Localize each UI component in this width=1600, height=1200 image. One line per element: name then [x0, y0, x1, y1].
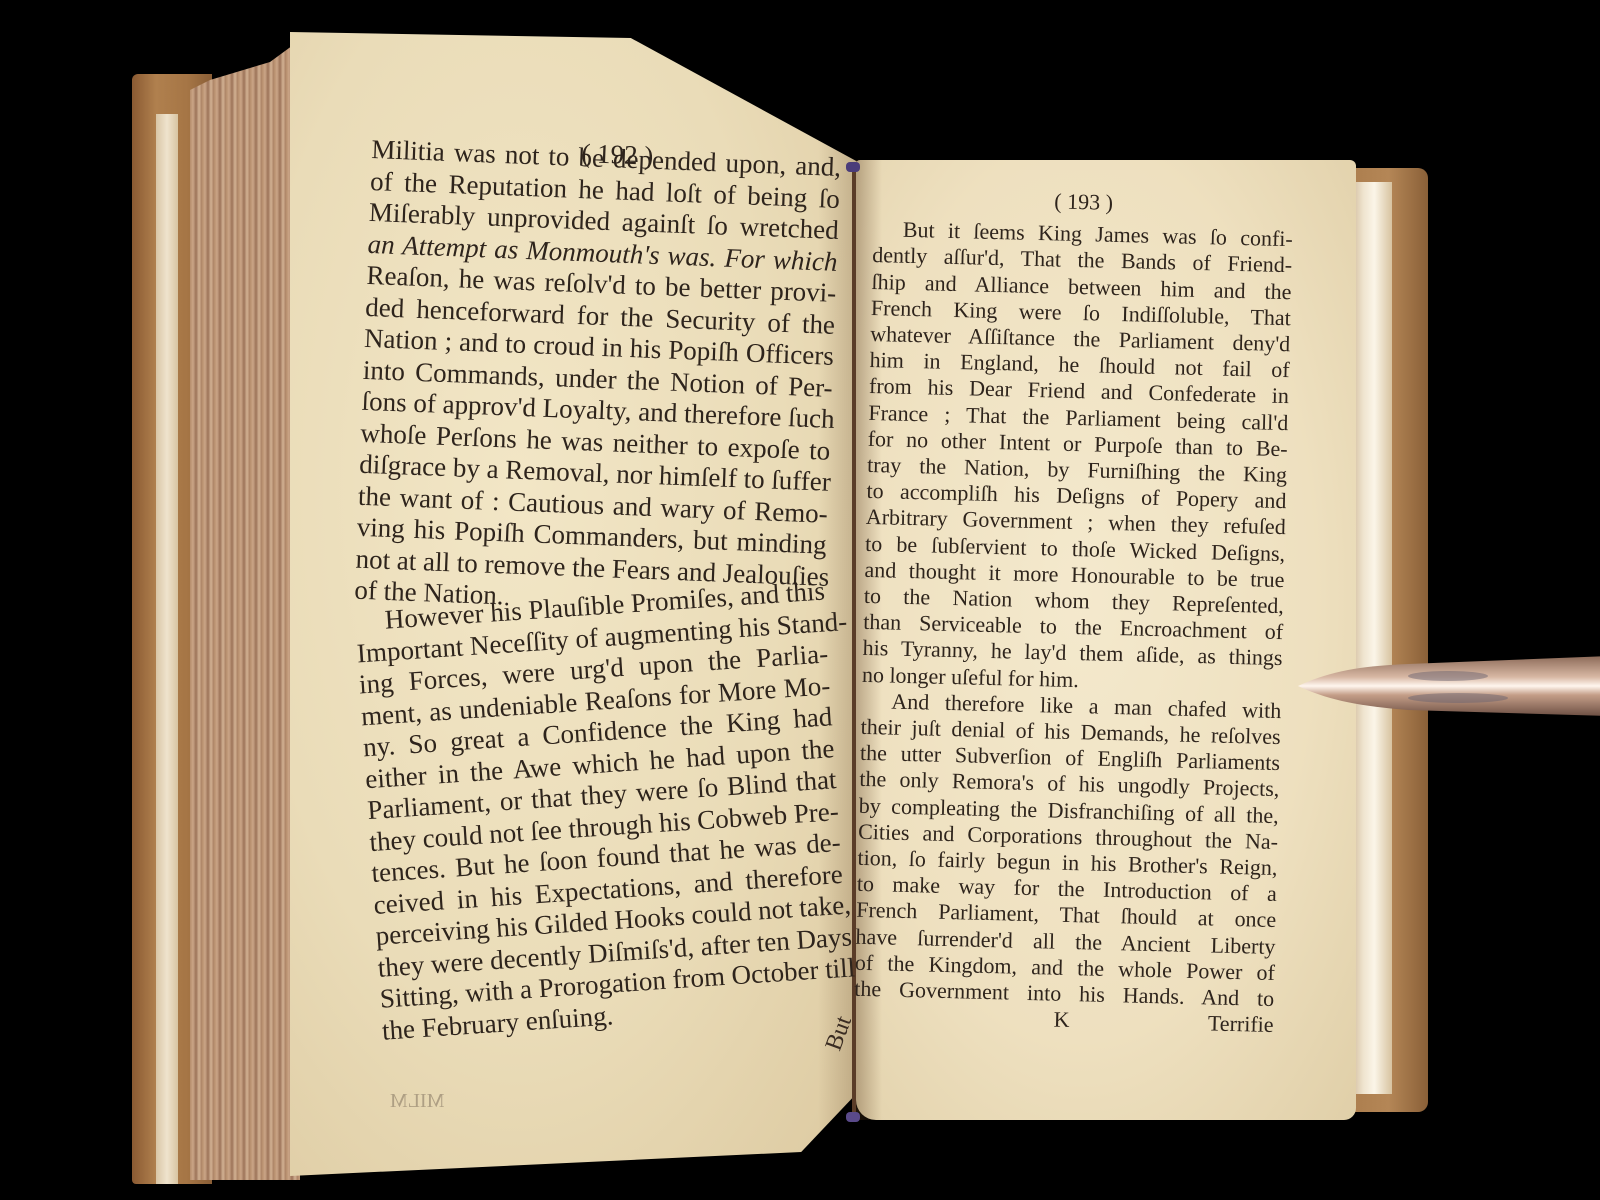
right-page-text: ( 193 ) But it ſeems King James was ſo c…	[853, 184, 1294, 1039]
page-number-left: ( 192 )	[581, 138, 654, 172]
left-page-text: ( 192 ) Militia was not to be depended u…	[337, 134, 842, 1065]
headband	[846, 162, 860, 172]
left-paragraph-2: However his Plauſible Promiſes, and this…	[354, 575, 852, 1046]
metal-pointer-icon	[1298, 654, 1600, 718]
bleed-through-text: MILM	[390, 1090, 444, 1113]
left-cover-endpaper	[156, 114, 178, 1184]
tailband	[846, 1112, 860, 1122]
right-catchword: Terrifie	[1208, 1011, 1274, 1039]
signature-mark: K	[1053, 1007, 1070, 1034]
photo-background: ( 192 ) Militia was not to be depended u…	[0, 0, 1600, 1200]
left-page-block-edge	[190, 40, 300, 1180]
